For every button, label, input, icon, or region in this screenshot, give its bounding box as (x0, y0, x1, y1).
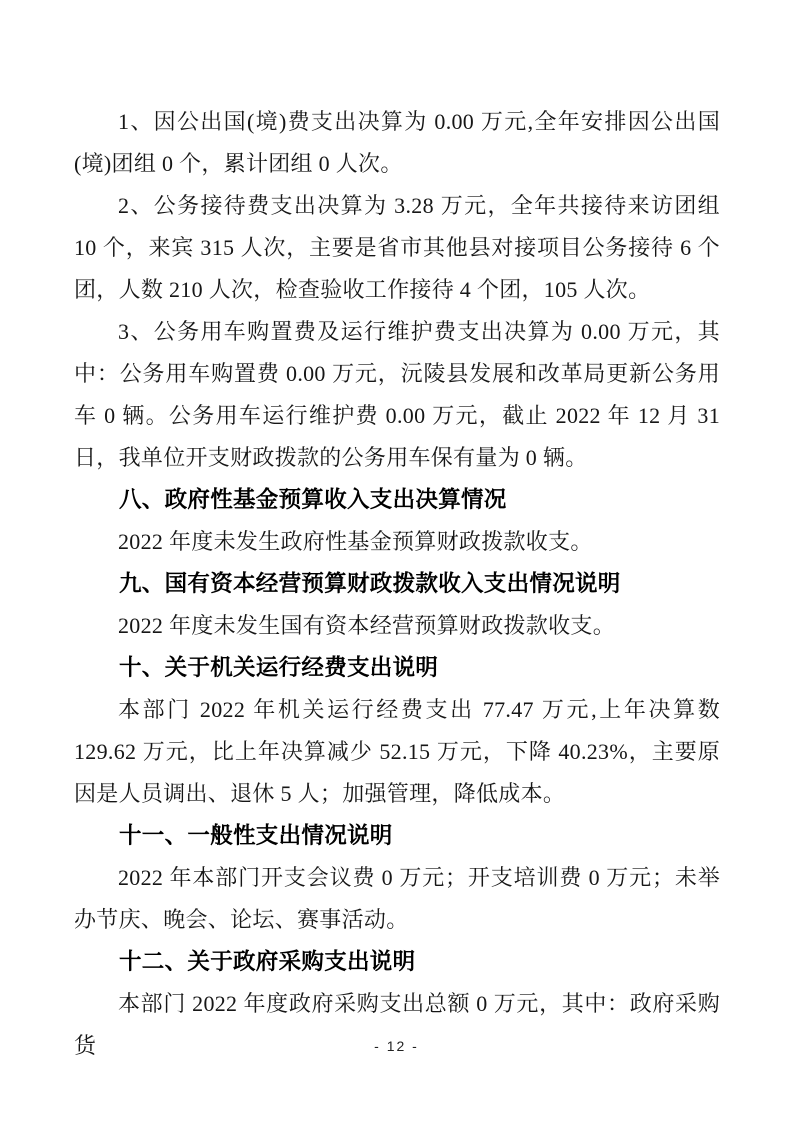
paragraph-section-10: 本部门 2022 年机关运行经费支出 77.47 万元,上年决算数 129.62… (74, 689, 720, 815)
document-body: 1、因公出国(境)费支出决算为 0.00 万元,全年安排因公出国(境)团组 0 … (74, 101, 720, 1067)
paragraph-overseas-trips: 1、因公出国(境)费支出决算为 0.00 万元,全年安排因公出国(境)团组 0 … (74, 101, 720, 185)
paragraph-official-vehicles: 3、公务用车购置费及运行维护费支出决算为 0.00 万元，其中：公务用车购置费 … (74, 311, 720, 479)
paragraph-section-12: 本部门 2022 年度政府采购支出总额 0 万元，其中：政府采购货 (74, 983, 720, 1067)
page-number: - 12 - (0, 1038, 793, 1054)
document-page: 1、因公出国(境)费支出决算为 0.00 万元,全年安排因公出国(境)团组 0 … (0, 0, 793, 1122)
paragraph-official-reception: 2、公务接待费支出决算为 3.28 万元，全年共接待来访团组 10 个，来宾 3… (74, 185, 720, 311)
heading-section-12: 十二、关于政府采购支出说明 (74, 941, 720, 983)
paragraph-section-8: 2022 年度未发生政府性基金预算财政拨款收支。 (74, 521, 720, 563)
heading-section-10: 十、关于机关运行经费支出说明 (74, 647, 720, 689)
paragraph-section-9: 2022 年度未发生国有资本经营预算财政拨款收支。 (74, 605, 720, 647)
paragraph-section-11: 2022 年本部门开支会议费 0 万元；开支培训费 0 万元；未举办节庆、晚会、… (74, 857, 720, 941)
heading-section-8: 八、政府性基金预算收入支出决算情况 (74, 479, 720, 521)
heading-section-9: 九、国有资本经营预算财政拨款收入支出情况说明 (74, 563, 720, 605)
heading-section-11: 十一、一般性支出情况说明 (74, 815, 720, 857)
